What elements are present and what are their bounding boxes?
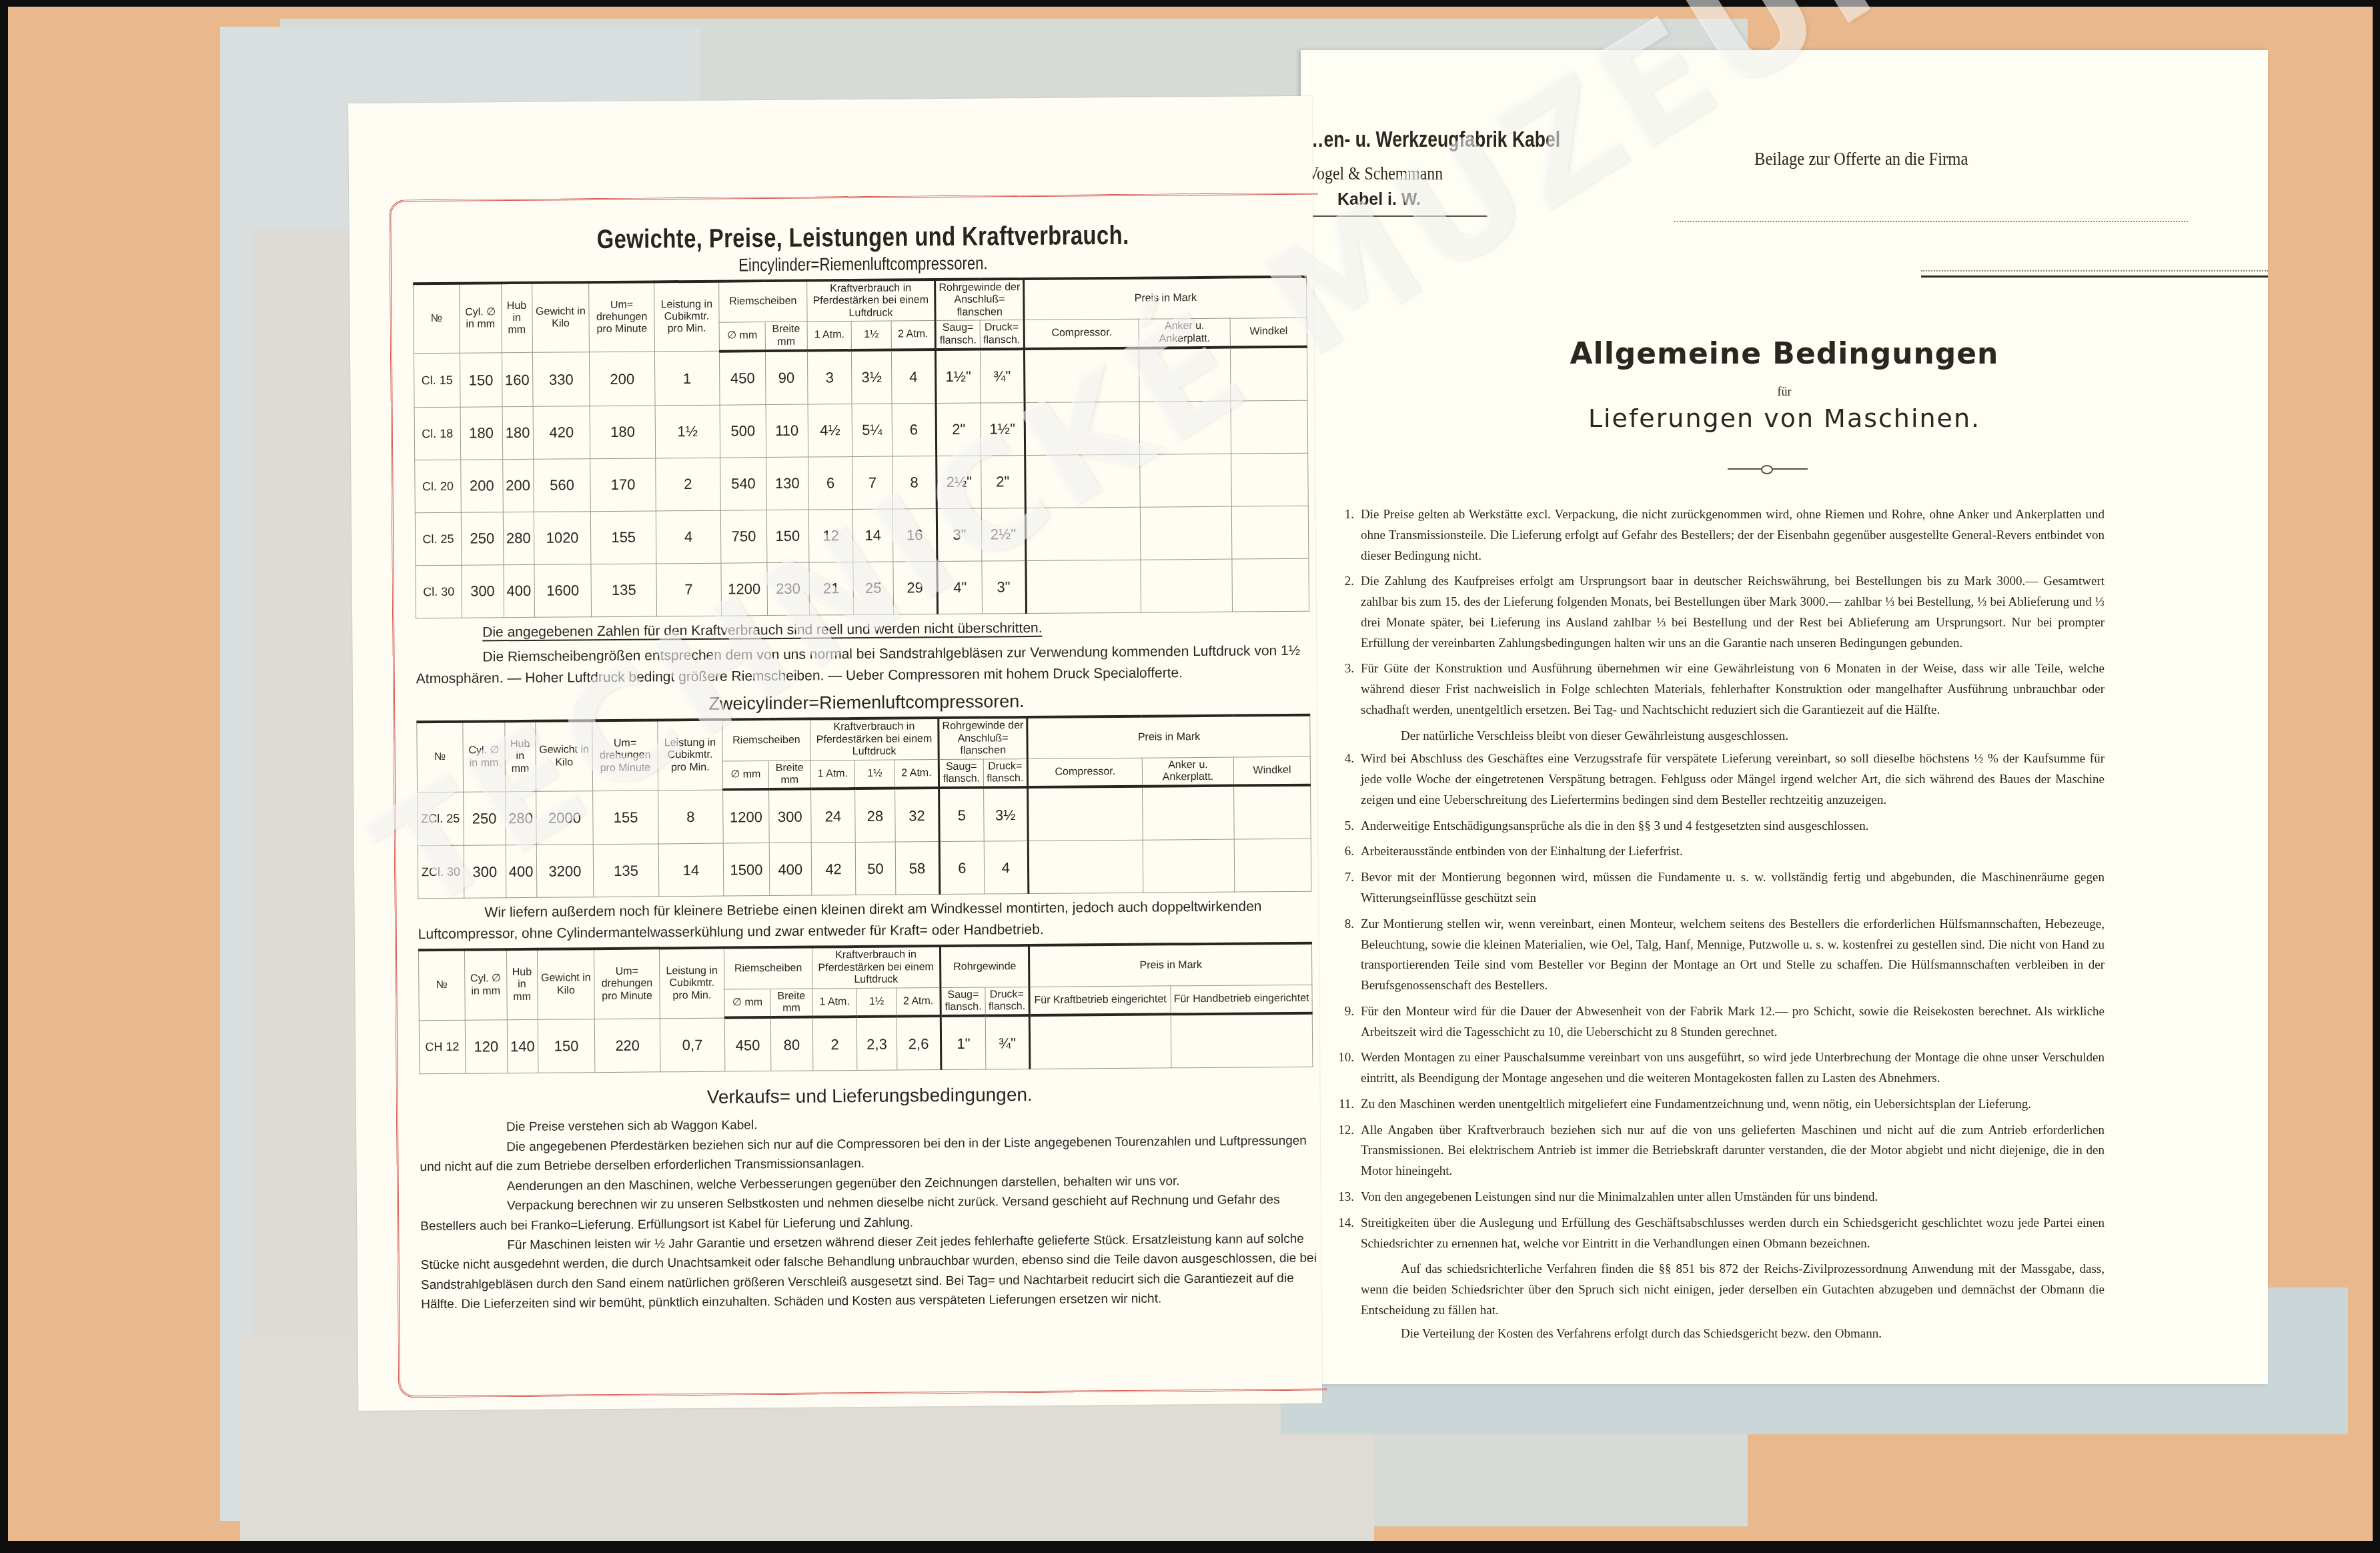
cell-umdr: 155 <box>591 511 656 564</box>
cell-riem_d: 750 <box>720 510 766 564</box>
cell-price-empty <box>1028 787 1143 841</box>
page-title: Allgemeine Bedingungen <box>1301 337 2268 371</box>
col-compressor: Compressor. <box>1027 758 1142 788</box>
cell-atm15: 50 <box>855 843 895 895</box>
col-gewicht: Gewicht in Kilo <box>537 949 595 1020</box>
divider <box>1301 215 1487 217</box>
cell-riem_b: 130 <box>766 457 808 510</box>
col-riem-d: ∅ mm <box>722 760 768 790</box>
address-line <box>1674 221 2188 222</box>
cell-riem_b: 400 <box>769 843 812 895</box>
cell-druck: 3" <box>982 560 1027 614</box>
clause-item: 14.Streitigkeiten über die Auslegung und… <box>1334 1213 2105 1255</box>
clause-text: Die Preise gelten ab Werkstätte excl. Ve… <box>1361 505 2105 566</box>
cell-saug: 3" <box>937 508 982 562</box>
ornament-icon <box>1728 468 1808 470</box>
cell-atm2: 6 <box>892 404 937 457</box>
clause-text: Für Güte der Konstruktion und Ausführung… <box>1361 659 2105 720</box>
clauses-list: 1.Die Preise gelten ab Werkstätte excl. … <box>1334 505 2105 1347</box>
col-windkessel: Windkel <box>1234 756 1311 786</box>
cell-price-empty <box>1231 453 1308 506</box>
table-row: CH 121201401502200,74508022,32,61"¾" <box>419 1013 1313 1074</box>
table-row: ZCl. 2525028020001558120030024283253½ <box>418 785 1311 846</box>
cell-atm1: 6 <box>808 457 852 510</box>
conditions-page: …en- u. Werkzeugfabrik Kabel Vogel & Sch… <box>1301 50 2268 1384</box>
clause-text: Von den angegebenen Leistungen sind nur … <box>1361 1187 1878 1208</box>
cell-saug: 2" <box>936 403 981 456</box>
cell-riem_b: 90 <box>765 351 808 405</box>
cell-riem_b: 80 <box>770 1017 813 1071</box>
cell-riem_d: 540 <box>720 458 766 511</box>
cell-atm15: 28 <box>855 789 895 843</box>
clause-item: 9.Für den Monteur wird für die Dauer der… <box>1334 1002 2105 1043</box>
cell-hub: 140 <box>507 1019 538 1073</box>
col-atm15: 1½ <box>851 321 891 350</box>
clause-number: 10. <box>1334 1048 1361 1089</box>
cell-price-empty <box>1024 348 1139 403</box>
col-windkessel: Windkel <box>1230 318 1307 347</box>
clause-number: 5. <box>1334 817 1361 837</box>
cell-atm15: 5¼ <box>852 404 892 456</box>
cell-price-empty <box>1025 402 1139 455</box>
cell-atm15: 2,3 <box>857 1017 897 1071</box>
clause-item: 3.Für Güte der Konstruktion und Ausführu… <box>1334 659 2105 720</box>
section-title: Zweicylinder=Riemenluftcompressoren. <box>416 689 1317 717</box>
spec-table-small: № Cyl. ∅ in mm Hub in mm Gewicht in Kilo… <box>418 942 1313 1074</box>
col-riem-d: ∅ mm <box>724 989 770 1018</box>
cell-leistung: 7 <box>656 563 722 616</box>
cell-atm15: 7 <box>852 456 892 509</box>
cell-atm1: 4½ <box>808 404 852 458</box>
cell-atm15: 14 <box>853 509 893 562</box>
clause-text: Die Zahlung des Kaufpreises erfolgt am U… <box>1361 572 2105 654</box>
cell-hub: 200 <box>502 459 533 512</box>
cell-umdr: 220 <box>595 1019 660 1073</box>
cell-gewicht: 420 <box>533 406 591 460</box>
clause-number: 14. <box>1334 1213 1361 1255</box>
col-nr: № <box>414 284 460 354</box>
col-riem-b: Breite mm <box>768 760 810 790</box>
col-compressor: Compressor. <box>1024 319 1139 349</box>
clause-text: Zur Montierung stellen wir, wenn vereinb… <box>1361 915 2105 997</box>
cell-umdr: 200 <box>590 352 655 406</box>
col-nr: № <box>417 722 464 792</box>
col-leistung: Leistung in Cubikmtr. pro Min. <box>654 282 719 352</box>
cell-hub: 400 <box>506 845 536 898</box>
clause-paragraph: Auf das schiedsrichterliche Verfahren fi… <box>1334 1259 2105 1321</box>
cell-atm2: 2,6 <box>897 1016 941 1070</box>
col-hub: Hub in mm <box>506 949 538 1019</box>
note-small-compressor: Wir liefern außerdem noch für kleinere B… <box>418 896 1318 945</box>
cell-gewicht: 1600 <box>534 564 592 618</box>
title-connector: für <box>1301 385 2268 399</box>
cell-gewicht: 560 <box>533 459 591 512</box>
clause-number: 11. <box>1334 1095 1361 1115</box>
cell-price-empty <box>1232 558 1309 612</box>
col-kraftverbrauch: Kraftverbrauch in Pferdestärken bei eine… <box>812 946 941 988</box>
cell-druck: ¾" <box>985 1015 1030 1069</box>
clause-number: 7. <box>1334 868 1361 909</box>
col-riemscheiben: Riemscheiben <box>722 719 810 761</box>
terms-list: Die Preise verstehen sich ab Waggon Kabe… <box>420 1111 1321 1315</box>
col-cyl: Cyl. ∅ in mm <box>464 950 507 1020</box>
clause-item: 1.Die Preise gelten ab Werkstätte excl. … <box>1334 505 2105 566</box>
cell-atm1: 3 <box>807 350 852 404</box>
col-preis: Preis in Mark <box>1024 277 1307 320</box>
clause-number: 12. <box>1334 1121 1361 1182</box>
clause-text: Arbeiterausstände entbinden von der Einh… <box>1361 842 1683 863</box>
clause-text: Für den Monteur wird für die Dauer der A… <box>1361 1002 2105 1043</box>
cell-gewicht: 1020 <box>534 512 592 565</box>
clause-number: 1. <box>1334 505 1361 566</box>
cell-price-empty <box>1143 840 1235 893</box>
col-riem-b: Breite mm <box>765 322 807 351</box>
term-paragraph: Für Maschinen leisten wir ½ Jahr Garanti… <box>420 1229 1321 1315</box>
col-druck: Druck= flansch. <box>980 320 1025 350</box>
cell-leistung: 4 <box>656 510 721 564</box>
cell-riem_d: 1200 <box>721 563 767 616</box>
cell-price-empty <box>1231 400 1307 454</box>
cell-hub: 280 <box>503 512 534 564</box>
cell-price-empty <box>1141 559 1233 612</box>
clause-item: 10.Werden Montagen zu einer Pauschalsumm… <box>1334 1048 2105 1089</box>
cell-hub: 400 <box>504 564 534 617</box>
term-paragraph: Verpackung berechnen wir zu unseren Selb… <box>420 1190 1321 1236</box>
cell-gewicht: 330 <box>532 352 590 406</box>
col-riem-b: Breite mm <box>770 989 812 1018</box>
address-line <box>1921 270 2268 272</box>
col-atm2: 2 Atm. <box>895 759 939 789</box>
cell-atm2: 8 <box>892 456 937 510</box>
col-druck: Druck= flansch. <box>985 987 1030 1016</box>
cell-price-empty <box>1235 839 1311 893</box>
col-anker: Anker u. Ankerplatt. <box>1139 318 1231 348</box>
cell-riem_d: 450 <box>720 351 766 405</box>
cell-saug: 2½" <box>937 456 981 509</box>
clause-text: Anderweitige Entschädigungsansprüche als… <box>1361 817 1868 837</box>
cell-price-empty <box>1139 348 1231 402</box>
cell-druck: ¾" <box>980 349 1025 403</box>
cell-nr: Cl. 20 <box>415 460 461 513</box>
cell-atm1: 21 <box>809 562 854 616</box>
cell-leistung: 0,7 <box>660 1018 725 1072</box>
table-row: Cl. 181801804201801½5001104½5¼62"1½" <box>414 400 1308 460</box>
cell-cyl: 250 <box>463 792 506 846</box>
cell-nr: Cl. 30 <box>416 565 462 618</box>
col-saug: Saug= flansch. <box>941 987 985 1017</box>
clause-text: Alle Angaben über Kraftverbrauch beziehe… <box>1361 1121 2105 1182</box>
cell-atm2: 4 <box>891 350 936 404</box>
cell-riem_d: 1500 <box>723 843 769 897</box>
clause-item: 12.Alle Angaben über Kraftverbrauch bezi… <box>1334 1121 2105 1182</box>
cell-leistung: 1½ <box>655 405 720 458</box>
table-row: ZCl. 30300400320013514150040042505864 <box>418 839 1311 899</box>
cell-leistung: 2 <box>655 458 720 511</box>
col-saug: Saug= flansch. <box>935 320 980 350</box>
clause-text: Werden Montagen zu einer Pauschalsumme v… <box>1361 1048 2105 1089</box>
cell-price-empty <box>1025 507 1140 560</box>
cell-atm2: 32 <box>895 788 939 842</box>
table-row: Cl. 303004001600135712002302125294"3" <box>416 558 1309 618</box>
cell-atm2: 29 <box>893 562 938 615</box>
clause-number: 4. <box>1334 749 1361 811</box>
col-handbetrieb: Für Handbetrieb eingerichtet <box>1171 985 1312 1015</box>
cell-saug: 1" <box>941 1016 985 1070</box>
clause-text: Wird bei Abschluss des Geschäftes eine V… <box>1361 749 2105 811</box>
cell-saug: 6 <box>939 841 984 895</box>
page-subtitle: Lieferungen von Maschinen. <box>1301 404 2268 433</box>
cell-druck: 3½ <box>983 787 1028 841</box>
cell-nr: Cl. 15 <box>414 354 460 408</box>
col-atm2: 2 Atm. <box>897 987 941 1017</box>
cell-druck: 1½" <box>981 403 1025 456</box>
cell-atm1: 42 <box>811 843 856 896</box>
col-gewicht: Gewicht in Kilo <box>535 721 593 792</box>
cell-cyl: 200 <box>460 460 503 512</box>
clause-item: 7.Bevor mit der Montierung begonnen wird… <box>1334 868 2105 909</box>
clause-text: Streitigkeiten über die Auslegung und Er… <box>1361 1213 2105 1255</box>
cell-atm15: 3½ <box>852 350 892 404</box>
col-atm1: 1 Atm. <box>810 760 855 789</box>
cell-cyl: 300 <box>464 845 506 898</box>
cell-cyl: 120 <box>465 1020 508 1074</box>
cell-druck: 4 <box>984 841 1029 895</box>
cell-umdr: 135 <box>594 844 659 897</box>
cell-atm1: 12 <box>808 510 853 563</box>
note-riemscheiben: Die Riemscheibengrößen entsprechen dem v… <box>416 640 1316 690</box>
table-row: Cl. 1515016033020014509033½41½"¾" <box>414 347 1307 408</box>
clause-item: 6.Arbeiterausstände entbinden von der Ei… <box>1334 842 2105 863</box>
col-rohrgewinde: Rohrgewinde der Anschluß= flanschen <box>935 279 1024 321</box>
col-umdrehungen: Um= drehungen pro Minute <box>589 282 654 352</box>
terms-heading: Verkaufs= und Lieferungsbedingungen. <box>420 1082 1320 1111</box>
cell-nr: Cl. 25 <box>415 512 461 566</box>
clause-number: 6. <box>1334 842 1361 863</box>
col-kraftverbrauch: Kraftverbrauch in Pferdestärken bei eine… <box>806 280 935 322</box>
cell-price-empty <box>1142 786 1234 841</box>
col-umdrehungen: Um= drehungen pro Minute <box>592 720 658 791</box>
company-city: Kabel i. W. <box>1337 190 1421 209</box>
cell-druck: 2½" <box>981 508 1026 561</box>
col-riemscheiben: Riemscheiben <box>724 947 812 989</box>
cell-hub: 160 <box>502 353 532 407</box>
cell-atm15: 25 <box>853 562 893 614</box>
clause-paragraph: Der natürliche Verschleiss bleibt von di… <box>1334 726 2105 747</box>
col-hub: Hub in mm <box>504 721 536 791</box>
col-atm15: 1½ <box>854 760 895 789</box>
company-name: …en- u. Werkzeugfabrik Kabel <box>1306 127 1560 153</box>
col-leistung: Leistung in Cubikmtr. pro Min. <box>659 948 724 1019</box>
cell-umdr: 155 <box>593 791 658 845</box>
cell-druck: 2" <box>981 455 1025 508</box>
col-riemscheiben: Riemscheiben <box>719 281 807 323</box>
clause-item: 5.Anderweitige Entschädigungsansprüche a… <box>1334 817 2105 837</box>
cell-cyl: 180 <box>460 407 503 460</box>
company-owner: Vogel & Schemmann <box>1307 163 1443 185</box>
clause-item: 11.Zu den Maschinen werden unentgeltlich… <box>1334 1095 2105 1115</box>
cell-nr: ZCl. 30 <box>418 846 464 899</box>
clause-number: 13. <box>1334 1187 1361 1208</box>
clause-number: 2. <box>1334 572 1361 654</box>
cell-nr: CH 12 <box>419 1020 465 1074</box>
cell-price-empty <box>1139 401 1231 454</box>
cell-cyl: 150 <box>460 353 502 407</box>
clause-number: 9. <box>1334 1002 1361 1043</box>
col-leistung: Leistung in Cubikmtr. pro Min. <box>658 720 723 791</box>
table-row: Cl. 25250280102015547501501214163"2½" <box>415 506 1309 566</box>
clause-item: 2.Die Zahlung des Kaufpreises erfolgt am… <box>1334 572 2105 654</box>
cell-saug: 1½" <box>936 350 981 404</box>
cell-price-empty <box>1029 1015 1171 1069</box>
cell-riem_b: 230 <box>767 562 810 615</box>
clause-item: 8.Zur Montierung stellen wir, wenn verei… <box>1334 915 2105 997</box>
col-umdrehungen: Um= drehungen pro Minute <box>594 949 660 1019</box>
cell-nr: Cl. 18 <box>414 407 460 460</box>
cell-cyl: 250 <box>461 512 504 565</box>
col-rohrgewinde: Rohrgewinde <box>941 945 1029 987</box>
cell-saug: 4" <box>937 561 982 614</box>
spec-table-twin-cylinder: № Cyl. ∅ in mm Hub in mm Gewicht in Kilo… <box>416 714 1311 899</box>
col-riem-d: ∅ mm <box>719 322 765 352</box>
cell-riem_d: 450 <box>724 1017 770 1071</box>
clause-paragraph: Die Verteilung der Kosten des Verfahrens… <box>1334 1324 2105 1345</box>
cell-saug: 5 <box>939 788 984 842</box>
section-title: Eincylinder=Riemenluftcompressoren. <box>494 251 1232 278</box>
clause-text: Zu den Maschinen werden unentgeltlich mi… <box>1361 1095 2031 1115</box>
col-anker: Anker u. Ankerplatt. <box>1142 757 1234 787</box>
clause-number: 3. <box>1334 659 1361 720</box>
clause-number: 8. <box>1334 915 1361 997</box>
col-gewicht: Gewicht in Kilo <box>532 282 590 353</box>
cell-price-empty <box>1231 347 1307 401</box>
clause-item: 13.Von den angegebenen Leistungen sind n… <box>1334 1187 2105 1208</box>
col-cyl: Cyl. ∅ in mm <box>459 283 502 353</box>
col-hub: Hub in mm <box>501 283 532 353</box>
clause-item: 4.Wird bei Abschluss des Geschäftes eine… <box>1334 749 2105 811</box>
cell-nr: ZCl. 25 <box>418 792 464 846</box>
table-row: Cl. 2020020056017025401306782½"2" <box>415 453 1309 513</box>
cell-riem_b: 300 <box>768 789 811 843</box>
col-nr: № <box>418 950 465 1020</box>
cell-price-empty <box>1026 560 1141 613</box>
spec-table-single-cylinder: № Cyl. ∅ in mm Hub in mm Gewicht in Kilo… <box>413 276 1309 618</box>
divider <box>1921 276 2268 278</box>
cell-atm1: 2 <box>812 1017 857 1071</box>
col-preis: Preis in Mark <box>1029 943 1311 987</box>
cell-riem_d: 1200 <box>723 789 769 843</box>
cell-leistung: 14 <box>658 844 724 897</box>
term-paragraph: Die angegebenen Pferdestärken beziehen s… <box>420 1131 1320 1177</box>
cell-gewicht: 150 <box>538 1019 596 1073</box>
beilage-label: Beilage zur Offerte an die Firma <box>1754 149 1968 170</box>
col-saug: Saug= flansch. <box>939 759 983 789</box>
col-atm1: 1 Atm. <box>807 322 852 351</box>
cell-gewicht: 2000 <box>536 791 594 845</box>
cell-atm2: 16 <box>892 509 937 562</box>
col-atm1: 1 Atm. <box>812 988 857 1017</box>
page-title: Gewichte, Preise, Leistungen und Kraftve… <box>494 220 1232 256</box>
cell-price-empty <box>1140 454 1232 507</box>
cell-price-empty <box>1234 785 1311 839</box>
cell-cyl: 300 <box>462 565 504 618</box>
clause-text: Bevor mit der Montierung begonnen wird, … <box>1361 868 2105 909</box>
col-druck: Druck= flansch. <box>983 758 1028 788</box>
cell-price-empty <box>1171 1013 1313 1068</box>
cell-gewicht: 3200 <box>536 845 594 898</box>
cell-hub: 280 <box>505 791 536 845</box>
cell-price-empty <box>1232 506 1309 559</box>
cell-leistung: 1 <box>654 352 720 406</box>
cell-atm2: 58 <box>895 842 940 895</box>
cell-riem_d: 500 <box>720 405 766 458</box>
col-atm15: 1½ <box>856 988 897 1017</box>
col-cyl: Cyl. ∅ in mm <box>463 722 506 792</box>
cell-riem_b: 150 <box>766 510 809 562</box>
note-kraftverbrauch: Die angegebenen Zahlen für den Kraftverb… <box>482 620 1043 642</box>
catalog-page: Gewichte, Preise, Leistungen und Kraftve… <box>348 96 1322 1411</box>
cell-price-empty <box>1140 506 1232 560</box>
cell-riem_b: 110 <box>766 404 808 457</box>
col-kraftbetrieb: Für Kraftbetrieb eingerichtet <box>1029 985 1171 1015</box>
cell-atm1: 24 <box>810 789 855 843</box>
cell-hub: 180 <box>502 406 533 459</box>
cell-price-empty <box>1028 841 1143 894</box>
col-rohrgewinde: Rohrgewinde der Anschluß= flanschen <box>939 717 1027 759</box>
cell-umdr: 180 <box>590 406 655 459</box>
cell-umdr: 135 <box>591 564 656 617</box>
col-atm2: 2 Atm. <box>891 321 936 350</box>
col-kraftverbrauch: Kraftverbrauch in Pferdestärken bei eine… <box>810 718 939 760</box>
cell-price-empty <box>1025 454 1140 508</box>
col-preis: Preis in Mark <box>1027 715 1310 758</box>
cell-umdr: 170 <box>590 458 656 512</box>
cell-leistung: 8 <box>658 790 723 844</box>
